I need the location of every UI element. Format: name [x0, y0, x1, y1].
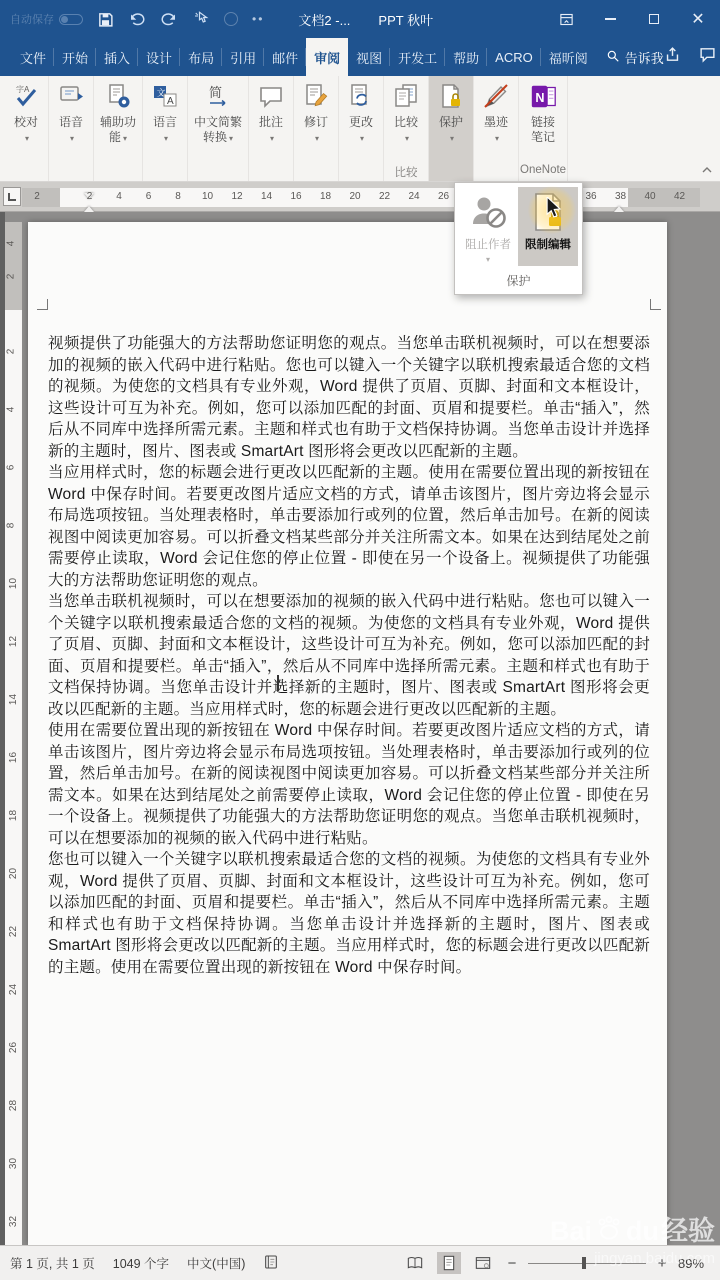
comments-bubble-icon[interactable] [699, 46, 716, 68]
dropdown-caret-icon: ▾ [495, 134, 499, 143]
ribbon-button-linked-notes[interactable]: N链接笔记 [522, 76, 564, 145]
ruler-number: 2 [87, 191, 93, 202]
more-commands-icon[interactable]: •• [252, 12, 264, 26]
document-text: 视频提供了功能强大的方法帮助您证明您的观点。当您单击联机视频时，可以在想要添加的… [48, 333, 650, 978]
ribbon-group-protect: 保护▾ [429, 76, 474, 181]
ribbon-group-compare: 比较▾比较 [384, 76, 429, 181]
block-authors-icon [468, 192, 508, 232]
tab-文件[interactable]: 文件 [12, 38, 54, 76]
minimize-button[interactable] [588, 0, 632, 38]
tab-开发工[interactable]: 开发工 [390, 38, 445, 76]
dropdown-caret-icon: ▾ [123, 134, 127, 143]
ruler-number: 22 [8, 926, 19, 937]
redo-icon[interactable] [160, 11, 178, 27]
search-icon [606, 49, 620, 66]
ruler-number: 40 [644, 191, 655, 202]
ribbon-group-ink: 墨迹▾ [474, 76, 519, 181]
dropdown-caret-icon: ▾ [450, 134, 454, 143]
paragraph: 视频提供了功能强大的方法帮助您证明您的观点。当您单击联机视频时，可以在想要添加的… [48, 333, 650, 462]
vertical-ruler[interactable]: 422468101214161820222426283032 [5, 222, 22, 1245]
autosave-toggle[interactable]: 自动保存 [10, 11, 83, 27]
ruler-number: 8 [175, 191, 181, 202]
ruler-number: 8 [5, 523, 16, 529]
dropdown-caret-icon: ▾ [270, 134, 274, 143]
ribbon-group-linked-notes: N链接笔记OneNote [519, 76, 568, 181]
ruler-number: 12 [8, 636, 19, 647]
ribbon-group-language: 文A语言▾ [143, 76, 188, 181]
tab-插入[interactable]: 插入 [96, 38, 138, 76]
paragraph: 当您单击联机视频时，可以在想要添加的视频的嵌入代码中进行粘贴。您也可以键入一个关… [48, 591, 650, 720]
ruler-number: 14 [8, 694, 19, 705]
ruler-number: 2 [5, 349, 16, 355]
ruler-number: 24 [8, 984, 19, 995]
svg-text:字A: 字A [16, 84, 30, 94]
ruler-number: 32 [8, 1216, 19, 1227]
tab-ACRO[interactable]: ACRO [487, 38, 541, 76]
revisions-icon [303, 83, 330, 110]
horizontal-ruler-row: 2 24681012141618202224262830323436384042 [0, 182, 720, 212]
ribbon-button-label: 辅助功能▾ [100, 115, 136, 146]
ruler-number: 6 [5, 465, 16, 471]
ruler-number: 4 [116, 191, 122, 202]
ribbon-button-accessibility[interactable]: 辅助功能▾ [95, 76, 141, 146]
ruler-number: 16 [290, 191, 301, 202]
maximize-button[interactable] [632, 0, 676, 38]
web-layout-button[interactable] [470, 1253, 496, 1273]
ribbon-group-proofing: 字A校对▾ [4, 76, 49, 181]
dropdown-caret-icon: ▾ [70, 134, 74, 143]
ribbon-group-comments: 批注▾ [249, 76, 294, 181]
ribbon-button-ink[interactable]: 墨迹▾ [475, 76, 517, 146]
comments-icon [258, 83, 285, 110]
ruler-number: 10 [202, 191, 213, 202]
tab-开始[interactable]: 开始 [54, 38, 96, 76]
document-area: 422468101214161820222426283032 视频提供了功能强大… [0, 212, 720, 1245]
title-bar: 自动保存 •• 文档2 -... PPT 秋叶 [0, 0, 720, 38]
tell-me-label: 告诉我 [625, 48, 664, 67]
collapse-ribbon-icon[interactable] [702, 167, 712, 173]
ruler-number: 6 [146, 191, 152, 202]
svg-text:A: A [167, 96, 174, 107]
ruler-number: 22 [379, 191, 390, 202]
paragraph: 当应用样式时，您的标题会进行更改以匹配新的主题。使用在需要位置出现的新按钮在 W… [48, 462, 650, 591]
dropdown-caret-icon: ▾ [405, 134, 409, 143]
crop-mark-top-right [650, 299, 661, 310]
ink-icon [483, 83, 510, 110]
ribbon-button-label: 链接笔记 [531, 115, 555, 145]
document-title: 文档2 -... [298, 10, 350, 29]
quick-access-icon[interactable] [224, 12, 238, 26]
proofing-status-icon[interactable] [263, 1254, 279, 1273]
protect-icon [438, 83, 465, 110]
dropdown-caret-icon: ▾ [25, 134, 29, 143]
dropdown-caret-icon: ▾ [164, 134, 168, 143]
group-label: 比较 [395, 164, 418, 181]
ruler-number: 4 [5, 407, 16, 413]
ribbon-display-options-icon[interactable] [544, 0, 588, 38]
ribbon-button-protect[interactable]: 保护▾ [430, 76, 472, 146]
svg-text:N: N [535, 91, 544, 105]
svg-text:简: 简 [209, 85, 222, 100]
zoom-handle[interactable] [582, 1257, 586, 1269]
ribbon-button-label: 保护▾ [439, 115, 463, 146]
crop-mark-top-left [37, 299, 48, 310]
ribbon-button-chinese-conversion[interactable]: 简中文简繁转换▾ [189, 76, 247, 146]
ruler-number: 20 [8, 868, 19, 879]
ruler-number: 36 [585, 191, 596, 202]
tab-布局[interactable]: 布局 [180, 38, 222, 76]
status-bar: 第 1 页, 共 1 页 1049 个字 中文(中国) − + 89% [0, 1245, 720, 1280]
ribbon-button-label: 墨迹▾ [484, 115, 508, 146]
ruler-number: 28 [8, 1100, 19, 1111]
speech-icon [58, 83, 85, 110]
close-button[interactable]: ✕ [676, 0, 720, 38]
ruler-number: 26 [438, 191, 449, 202]
flyout-item-label: 限制编辑 [525, 236, 571, 252]
dropdown-caret-icon: ▾ [360, 134, 364, 143]
tab-视图[interactable]: 视图 [348, 38, 390, 76]
ribbon-button-label: 更改▾ [349, 115, 373, 146]
document-page[interactable]: 视频提供了功能强大的方法帮助您证明您的观点。当您单击联机视频时，可以在想要添加的… [28, 222, 667, 1245]
ruler-number: 14 [261, 191, 272, 202]
ruler-number: 26 [8, 1042, 19, 1053]
tab-邮件[interactable]: 邮件 [264, 38, 306, 76]
zoom-in-button[interactable]: + [655, 1255, 669, 1272]
ribbon-group-chinese-conversion: 简中文简繁转换▾ [188, 76, 249, 181]
tell-me-box[interactable]: 告诉我 [606, 38, 664, 76]
ribbon-button-label: 中文简繁转换▾ [194, 115, 242, 146]
tab-selector[interactable] [3, 187, 21, 206]
ribbon-tab-bar: 文件开始插入设计布局引用邮件审阅视图开发工帮助ACRO福昕阅 告诉我 [0, 38, 720, 76]
ribbon-button-speech[interactable]: 语音▾ [50, 76, 92, 146]
read-mode-button[interactable] [402, 1253, 428, 1273]
ruler-number: 18 [8, 810, 19, 821]
ruler-number: 42 [674, 191, 685, 202]
ruler-number: 30 [8, 1158, 19, 1169]
undo-icon[interactable] [128, 11, 146, 27]
account-name[interactable]: PPT 秋叶 [378, 10, 433, 29]
zoom-out-button[interactable]: − [505, 1255, 519, 1272]
protect-group-label: 保护 [455, 266, 582, 294]
ruler-number: 12 [231, 191, 242, 202]
horizontal-ruler[interactable]: 2 24681012141618202224262830323436384042 [22, 188, 700, 207]
paragraph: 您也可以键入一个关键字以联机搜索最适合您的文档的视频。为使您的文档具有专业外观，… [48, 849, 650, 978]
ribbon-button-compare[interactable]: 比较▾ [385, 76, 427, 146]
tab-设计[interactable]: 设计 [138, 38, 180, 76]
proofing-icon: 字A [13, 83, 40, 110]
ribbon-button-label: 语言▾ [153, 115, 177, 146]
compare-icon [393, 83, 420, 110]
word-window: 自动保存 •• 文档2 -... PPT 秋叶 [0, 0, 720, 1280]
ruler-number: 4 [5, 241, 16, 247]
mouse-cursor [545, 197, 563, 224]
save-icon[interactable] [97, 11, 114, 28]
tab-stop-icon [8, 193, 16, 201]
group-label: OneNote [520, 164, 566, 181]
word-count[interactable]: 1049 个字 [113, 1254, 169, 1272]
tab-福昕阅[interactable]: 福昕阅 [541, 38, 596, 76]
text-caret [277, 675, 279, 691]
ribbon-button-proofing[interactable]: 字A校对▾ [5, 76, 47, 146]
accessibility-icon [105, 83, 132, 110]
ribbon-button-label: 语音▾ [59, 115, 83, 146]
flyout-item-block-authors[interactable]: 阻止作者▾ [458, 187, 518, 266]
ruler-number: 20 [349, 191, 360, 202]
autosave-label: 自动保存 [10, 11, 54, 27]
dropdown-caret-icon: ▾ [315, 134, 319, 143]
linked-notes-icon: N [530, 83, 557, 110]
ribbon-button-label: 批注▾ [259, 115, 283, 146]
ribbon-button-label: 比较▾ [394, 115, 418, 146]
paragraph: 使用在需要位置出现的新按钮在 Word 中保存时间。若要更改图片适应文档的方式，… [48, 720, 650, 849]
touch-mode-icon[interactable] [192, 10, 210, 28]
ribbon: 字A校对▾语音▾辅助功能▾文A语言▾简中文简繁转换▾批注▾修订▾更改▾比较▾比较… [0, 76, 720, 182]
ribbon-button-comments[interactable]: 批注▾ [250, 76, 292, 146]
ruler-number: 16 [8, 752, 19, 763]
ribbon-group-accessibility: 辅助功能▾ [94, 76, 143, 181]
share-icon[interactable] [664, 46, 681, 68]
changes-icon [348, 83, 375, 110]
ribbon-button-revisions[interactable]: 修订▾ [295, 76, 337, 146]
tab-引用[interactable]: 引用 [222, 38, 264, 76]
print-layout-button[interactable] [437, 1252, 461, 1274]
flyout-item-label: 阻止作者 [465, 236, 511, 252]
ribbon-button-label: 校对▾ [14, 115, 38, 146]
ribbon-group-speech: 语音▾ [49, 76, 94, 181]
zoom-track [528, 1263, 646, 1264]
dropdown-caret-icon: ▾ [229, 134, 233, 143]
zoom-level[interactable]: 89% [678, 1256, 710, 1271]
ruler-number: 2 [5, 274, 16, 280]
ruler-number: 24 [408, 191, 419, 202]
ribbon-group-changes: 更改▾ [339, 76, 384, 181]
ruler-margin-number: 2 [34, 191, 40, 202]
ruler-number: 38 [615, 191, 626, 202]
autosave-pill [59, 14, 83, 25]
tab-帮助[interactable]: 帮助 [445, 38, 487, 76]
ruler-number: 10 [8, 578, 19, 589]
language-icon: 文A [152, 83, 179, 110]
zoom-slider[interactable] [528, 1256, 646, 1270]
ribbon-button-label: 修订▾ [304, 115, 328, 146]
dropdown-caret-icon: ▾ [486, 255, 490, 264]
ribbon-button-changes[interactable]: 更改▾ [340, 76, 382, 146]
language-status[interactable]: 中文(中国) [187, 1254, 245, 1272]
chinese-conversion-icon: 简 [205, 83, 232, 110]
ruler-number: 18 [320, 191, 331, 202]
ribbon-button-language[interactable]: 文A语言▾ [144, 76, 186, 146]
page-info[interactable]: 第 1 页, 共 1 页 [10, 1254, 95, 1272]
ribbon-group-revisions: 修订▾ [294, 76, 339, 181]
tab-审阅[interactable]: 审阅 [306, 38, 348, 76]
